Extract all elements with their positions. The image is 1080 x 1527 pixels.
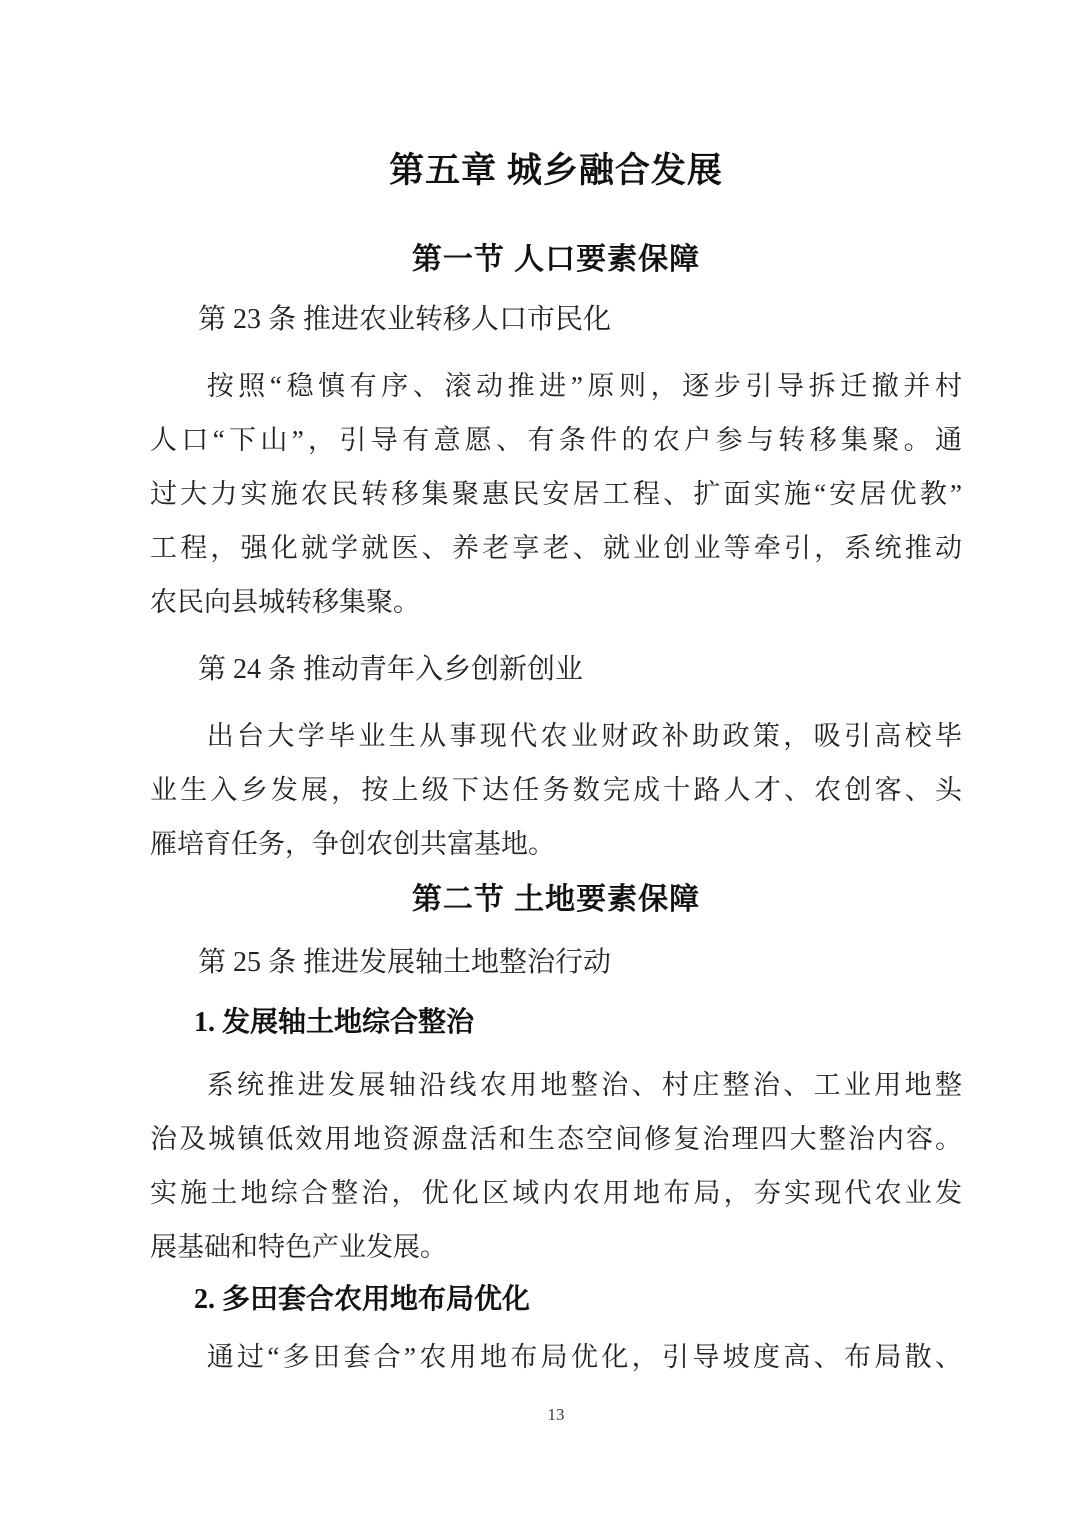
paragraph-line: 过大力实施农民转移集聚惠民安居工程、扩面实施“安居优教” xyxy=(150,467,962,521)
section-title-1: 第一节 人口要素保障 xyxy=(150,237,962,283)
article-title-23: 第 23 条 推进农业转移人口市民化 xyxy=(150,297,962,343)
paragraph-line: 展基础和特色产业发展。 xyxy=(150,1220,962,1274)
paragraph-line: 治及城镇低效用地资源盘活和生态空间修复治理四大整治内容。 xyxy=(150,1112,962,1166)
document-page: 第五章 城乡融合发展 第一节 人口要素保障 第 23 条 推进农业转移人口市民化… xyxy=(0,0,1080,1527)
paragraph-line: 按照“稳慎有序、滚动推进”原则，逐步引导拆迁撤并村 xyxy=(150,359,962,413)
section-title-2: 第二节 土地要素保障 xyxy=(150,877,962,923)
paragraph-4: 通过“多田套合”农用地布局优化，引导坡度高、布局散、 xyxy=(150,1330,962,1384)
page-number: 13 xyxy=(150,1404,962,1426)
paragraph-line: 出台大学毕业生从事现代农业财政补助政策，吸引高校毕 xyxy=(150,709,962,763)
page-content: 第五章 城乡融合发展 第一节 人口要素保障 第 23 条 推进农业转移人口市民化… xyxy=(150,0,962,1426)
paragraph-line: 通过“多田套合”农用地布局优化，引导坡度高、布局散、 xyxy=(150,1330,962,1384)
paragraph-1: 按照“稳慎有序、滚动推进”原则，逐步引导拆迁撤并村 人口“下山”，引导有意愿、有… xyxy=(150,359,962,629)
paragraph-2: 出台大学毕业生从事现代农业财政补助政策，吸引高校毕 业生入乡发展，按上级下达任务… xyxy=(150,709,962,871)
paragraph-line: 农民向县城转移集聚。 xyxy=(150,575,962,629)
paragraph-line: 业生入乡发展，按上级下达任务数完成十路人才、农创客、头 xyxy=(150,763,962,817)
paragraph-line: 工程，强化就学就医、养老享老、就业创业等牵引，系统推动 xyxy=(150,521,962,575)
article-title-24: 第 24 条 推动青年入乡创新创业 xyxy=(150,647,962,693)
paragraph-line: 雁培育任务，争创农创共富基地。 xyxy=(150,817,962,871)
numbered-subhead-1: 1. 发展轴土地综合整治 xyxy=(150,1000,962,1046)
chapter-title: 第五章 城乡融合发展 xyxy=(150,145,962,197)
paragraph-line: 实施土地综合整治，优化区域内农用地布局，夯实现代农业发 xyxy=(150,1166,962,1220)
article-title-25: 第 25 条 推进发展轴土地整治行动 xyxy=(150,940,962,986)
numbered-subhead-2: 2. 多田套合农用地布局优化 xyxy=(150,1277,962,1323)
paragraph-line: 系统推进发展轴沿线农用地整治、村庄整治、工业用地整 xyxy=(150,1058,962,1112)
paragraph-line: 人口“下山”，引导有意愿、有条件的农户参与转移集聚。通 xyxy=(150,413,962,467)
paragraph-3: 系统推进发展轴沿线农用地整治、村庄整治、工业用地整 治及城镇低效用地资源盘活和生… xyxy=(150,1058,962,1274)
